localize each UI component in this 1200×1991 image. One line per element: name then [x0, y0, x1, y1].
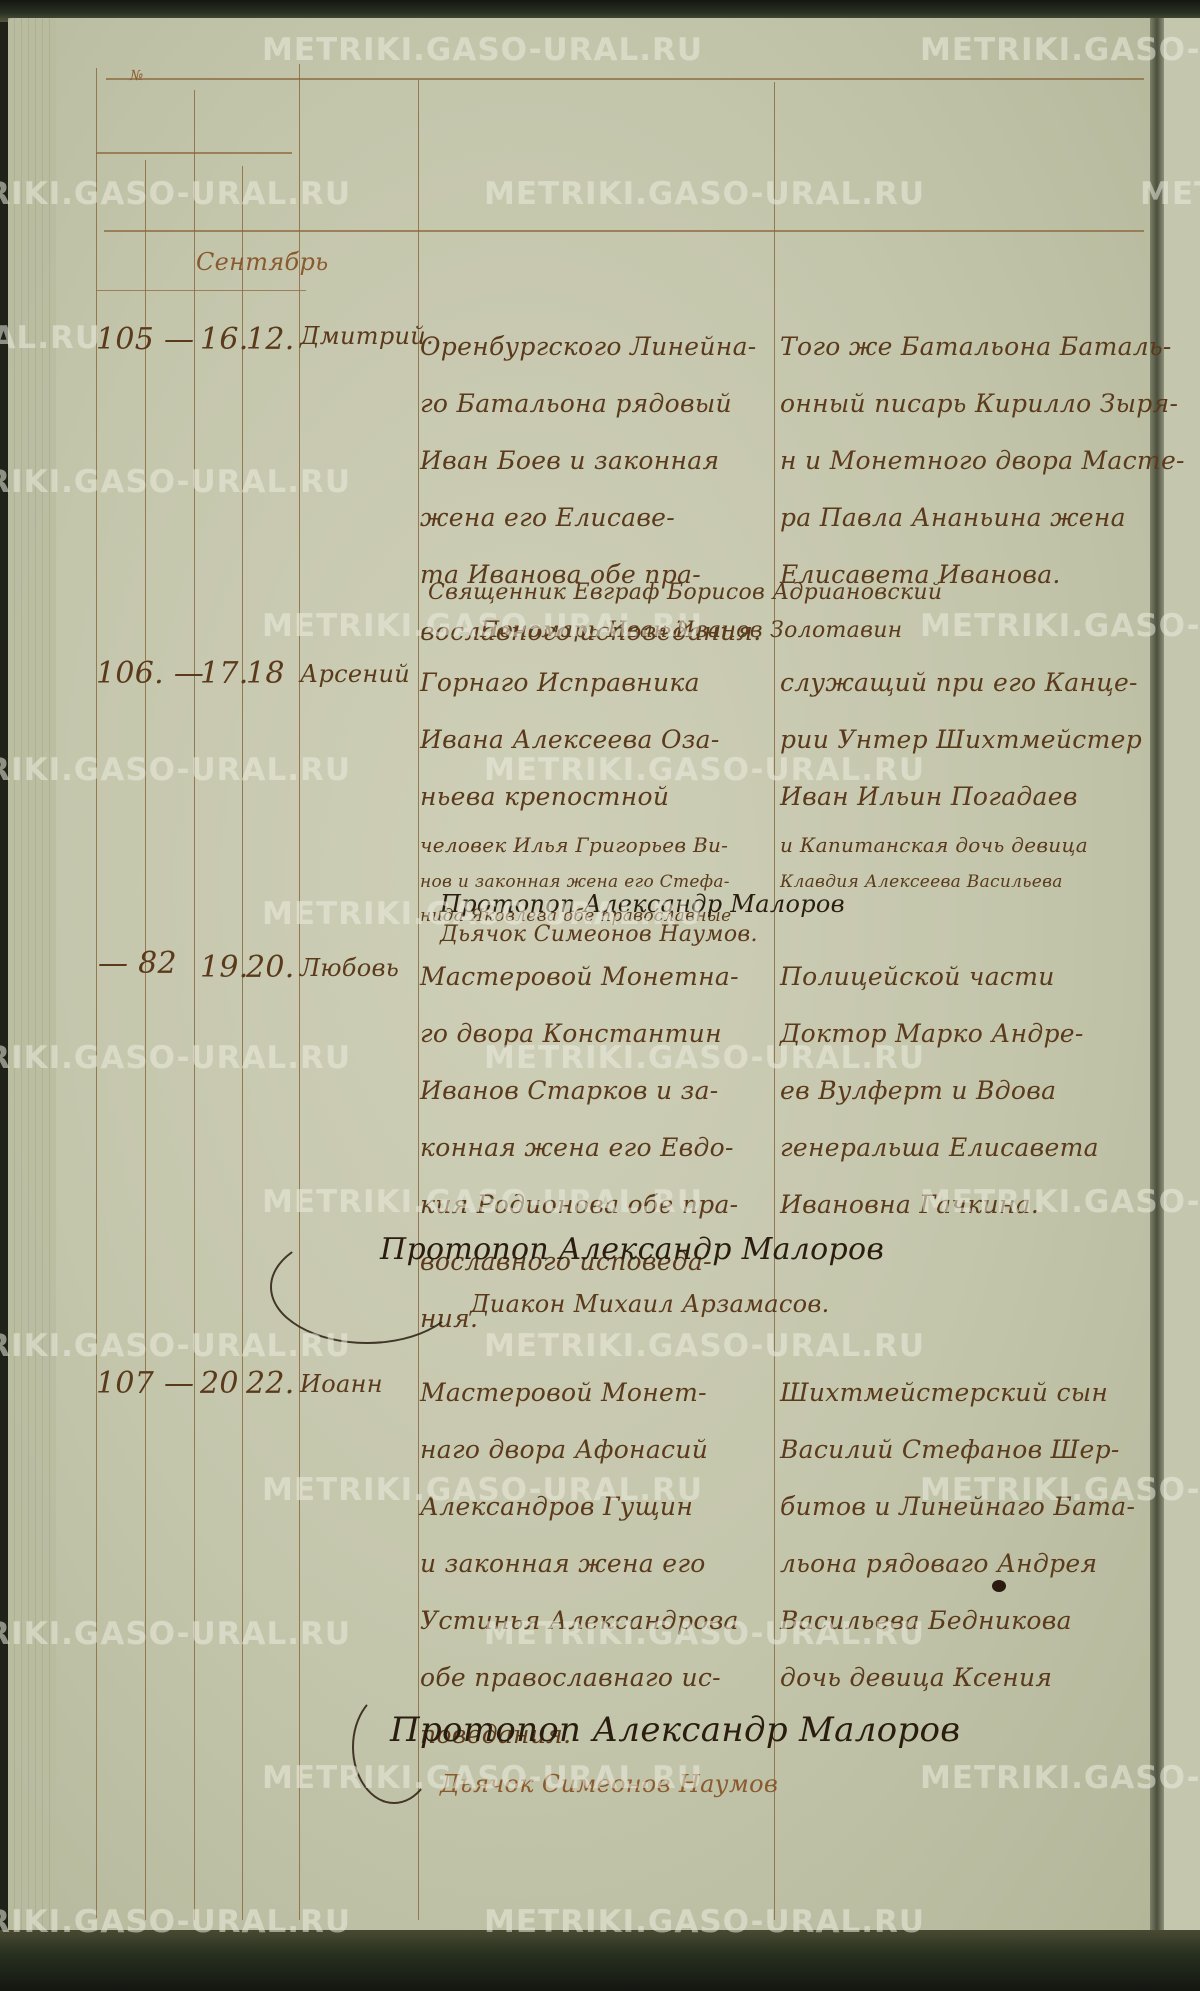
- entry-number: — 82: [98, 946, 177, 981]
- godparents-line: рии Унтер Шихтмейстер: [780, 711, 1142, 768]
- godparents-line: Того же Батальона Баталь-: [780, 318, 1185, 375]
- book-gutter: [1150, 18, 1164, 1940]
- godparents-line: битов и Линейнаго Бата-: [780, 1478, 1135, 1535]
- parents-block: Мастеровой Монетна- го двора Константин …: [420, 948, 739, 1347]
- clergy-signature: Протопоп Александр Малоров: [440, 890, 845, 918]
- header-rule-top: [106, 78, 1144, 80]
- child-name: Иоанн: [300, 1370, 383, 1398]
- parents-line: Александров Гущин: [420, 1478, 739, 1535]
- parents-line: жена его Елисаве-: [420, 489, 761, 546]
- parents-line: человек Илья Григорьев Ви-: [420, 825, 731, 865]
- child-name: Арсений: [300, 660, 410, 688]
- entry-number: 105 —: [96, 322, 194, 357]
- header-number-mark: №: [130, 68, 144, 84]
- entry-number: 106. —: [96, 656, 204, 691]
- godparents-line: Иван Ильин Погадаев: [780, 768, 1142, 825]
- parents-block: Оренбургского Линейна- го Батальона рядо…: [420, 318, 761, 660]
- godparents-line: ев Вулферт и Вдова: [780, 1062, 1099, 1119]
- parents-line: го двора Константин: [420, 1005, 739, 1062]
- godparents-line: онный писарь Кирилло Зыря-: [780, 375, 1185, 432]
- birth-day: 19.: [200, 950, 249, 985]
- header-rule-bottom: [104, 230, 1144, 232]
- godparents-line: Шихтмейстерский сын: [780, 1364, 1135, 1421]
- parents-line: Мастеровой Монет-: [420, 1364, 739, 1421]
- child-name: Дмитрий.: [300, 322, 434, 350]
- parents-line: Иван Боев и законная: [420, 432, 761, 489]
- birth-day: 16.: [200, 322, 249, 357]
- column-rule: [194, 90, 195, 1920]
- month-header: Сентябрь: [196, 248, 329, 276]
- parents-line: Горнаго Исправника: [420, 654, 731, 711]
- header-rule-mid: [96, 152, 292, 154]
- godparents-line: Доктор Марко Андре-: [780, 1005, 1099, 1062]
- column-rule: [774, 82, 775, 1920]
- godparents-line: Васильева Бедникова: [780, 1592, 1135, 1649]
- parents-line: Оренбургского Линейна-: [420, 318, 761, 375]
- godparents-block: Полицейской части Доктор Марко Андре- ев…: [780, 948, 1099, 1233]
- clergy-signature: Дьячок Симеонов Наумов: [440, 1770, 778, 1798]
- clergy-signature: Протопоп Александр Малоров: [390, 1710, 960, 1750]
- baptism-day: 20.: [246, 950, 295, 985]
- parents-line: Устинья Александрова: [420, 1592, 739, 1649]
- parents-line: Ивана Алексеева Оза-: [420, 711, 731, 768]
- parents-line: Иванов Старков и за-: [420, 1062, 739, 1119]
- godparents-line: и Капитанская дочь девица: [780, 825, 1142, 865]
- header-rule-date: [96, 290, 306, 291]
- godparents-line: Ивановна Гачкина.: [780, 1176, 1099, 1233]
- godparents-line: н и Монетного двора Масте-: [780, 432, 1185, 489]
- clergy-signature: Протопоп Александр Малоров: [380, 1232, 884, 1267]
- clergy-signature: Диакон Михаил Арзамасов.: [470, 1290, 830, 1318]
- godparents-line: Василий Стефанов Шер-: [780, 1421, 1135, 1478]
- parents-block: Мастеровой Монет- наго двора Афонасий Ал…: [420, 1364, 739, 1763]
- godparents-line: служащий при его Канце-: [780, 654, 1142, 711]
- parents-line: и законная жена его: [420, 1535, 739, 1592]
- godparents-line: Полицейской части: [780, 948, 1099, 1005]
- clergy-signature: Пономарь Иван Иванов Золотавин: [480, 618, 902, 643]
- parents-line: наго двора Афонасий: [420, 1421, 739, 1478]
- clergy-signature: Дьячок Симеонов Наумов.: [440, 922, 758, 947]
- adjacent-page: [1164, 18, 1200, 1940]
- parents-line: ньева крепостной: [420, 768, 731, 825]
- godparents-line: дочь девица Ксения: [780, 1649, 1135, 1706]
- column-rule: [418, 80, 419, 1920]
- baptism-day: 22.: [246, 1366, 295, 1401]
- ink-blot: [992, 1580, 1006, 1592]
- book-binding-bottom: [0, 1930, 1200, 1991]
- godparents-block: служащий при его Канце- рии Унтер Шихтме…: [780, 654, 1142, 899]
- column-rule: [242, 166, 243, 1920]
- godparents-line: ра Павла Ананьина жена: [780, 489, 1185, 546]
- parents-line: го Батальона рядовый: [420, 375, 761, 432]
- parents-line: конная жена его Евдо-: [420, 1119, 739, 1176]
- birth-day: 17.: [200, 656, 249, 691]
- parents-line: Мастеровой Монетна-: [420, 948, 739, 1005]
- baptism-day: 18: [246, 656, 285, 691]
- parents-line: обе православнаго ис-: [420, 1649, 739, 1706]
- entry-number: 107 —: [96, 1366, 194, 1401]
- godparents-block: Шихтмейстерский сын Василий Стефанов Шер…: [780, 1364, 1135, 1706]
- godparents-line: льона рядоваго Андрея: [780, 1535, 1135, 1592]
- child-name: Любовь: [300, 954, 399, 982]
- column-rule: [145, 160, 146, 1920]
- godparents-line: генеральша Елисавета: [780, 1119, 1099, 1176]
- parents-line: кия Родионова обе пра-: [420, 1176, 739, 1233]
- baptism-day: 12.: [246, 322, 295, 357]
- birth-day: 20: [200, 1366, 239, 1401]
- godparents-block: Того же Батальона Баталь- онный писарь К…: [780, 318, 1185, 603]
- page-edges: [8, 18, 56, 1940]
- clergy-signature: Священник Евграф Борисов Адриановский: [428, 580, 942, 605]
